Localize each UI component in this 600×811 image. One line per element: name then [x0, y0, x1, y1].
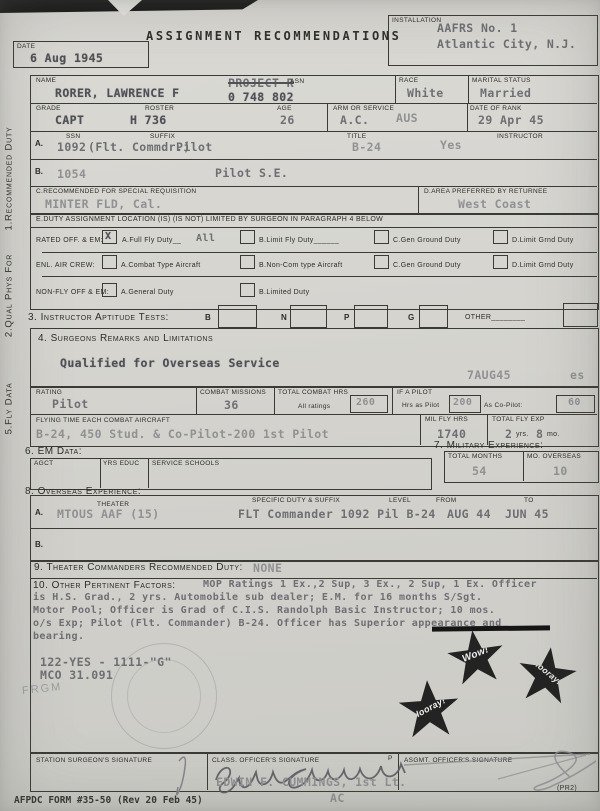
nonfly-label: NON-FLY OFF & EM: [36, 289, 109, 296]
missions-label: COMBAT MISSIONS [200, 389, 266, 396]
mo-overseas-value: 10 [553, 464, 568, 478]
enl-label: ENL. AIR CREW: [36, 262, 95, 269]
surgeon-initials: es [570, 368, 585, 382]
divider [420, 414, 421, 445]
overseas-duty-value: FLT Commander 1092 Pil B-24 [238, 507, 436, 521]
divider [30, 103, 597, 104]
enl-combat-checkbox [102, 255, 117, 269]
factors-line5: bearing. [33, 631, 84, 642]
aptitude-tests-heading: 3. Instructor Aptitude Tests: [28, 312, 169, 323]
age-value: 26 [280, 113, 295, 127]
instructor-label: INSTRUCTOR [497, 133, 543, 140]
test-g-box [419, 305, 448, 328]
row-a-prefix: A. [35, 139, 43, 148]
special-requisition-value: MINTER FLD, Cal. [45, 197, 162, 211]
divider [418, 186, 419, 213]
service-schools-label: SERVICE SCHOOLS [152, 460, 219, 467]
row-a-ssn: 1092 [57, 140, 86, 154]
installation-line2: Atlantic City, N.J. [437, 37, 576, 51]
enl-option-b-label: B.Non-Com type Aircraft [259, 262, 343, 269]
area-preferred-value: West Coast [458, 197, 531, 211]
rated-label: RATED OFF. & EM: [36, 237, 103, 244]
divider [30, 414, 597, 415]
test-p-label: P [344, 313, 349, 322]
enl-noncom-checkbox [240, 255, 255, 269]
missions-value: 36 [224, 398, 239, 412]
test-p-box [354, 305, 388, 328]
from-label: FROM [436, 497, 457, 504]
factors-line1: MOP Ratings 1 Ex.,2 Sup, 3 Ex., 2 Sup, 1… [203, 579, 537, 590]
race-value: White [407, 86, 444, 100]
rating-value: Pilot [52, 397, 89, 411]
rated-gen-ground-checkbox [374, 230, 389, 244]
row-b-duty: Pilot S.E. [215, 166, 288, 180]
marital-label: MARITAL STATUS [472, 77, 531, 84]
class-officer-branch: AC [330, 791, 345, 805]
arm-label: ARM OR SERVICE [333, 105, 394, 112]
grade-value: CAPT [55, 113, 84, 127]
divider [274, 386, 275, 414]
if-pilot-label: IF A PILOT [397, 389, 432, 396]
aircraft-time-value: B-24, 450 Stud. & Co-Pilot-200 1st Pilot [36, 427, 329, 441]
surgeons-remarks-heading: 4. Surgeons Remarks and Limitations [38, 333, 213, 344]
divider [42, 276, 597, 277]
area-preferred-label: D.AREA PREFERRED BY RETURNEE [424, 188, 547, 195]
overseas-to-value: JUN 45 [505, 507, 549, 521]
test-other-box [563, 303, 598, 327]
enl-option-d-label: D.Limit Grnd Duty [512, 262, 574, 269]
date-label: DATE [17, 43, 35, 50]
enl-limit-ground-checkbox [493, 255, 508, 269]
divider [30, 159, 597, 160]
yrs-label: yrs. [516, 431, 529, 438]
divider [30, 186, 597, 187]
rated-option-a-label: A.Full Fly Duty__ [122, 237, 181, 244]
rated-limit-ground-checkbox [493, 230, 508, 244]
factors-code2: MCO 31.091 [40, 668, 113, 682]
form-number: AFPDC FORM #35-50 (Rev 20 Feb 45) [14, 795, 203, 806]
side-label-fly-data: 5.Fly Data [4, 374, 15, 444]
test-b-box [218, 305, 257, 328]
test-n-box [290, 305, 327, 328]
side-label-qual-phys: 2.Qual Phys For [4, 246, 15, 346]
surgeons-remark: Qualified for Overseas Service [60, 356, 280, 370]
scanned-assignment-form: ASSIGNMENT RECOMMENDATIONS DATE 6 Aug 19… [0, 0, 600, 811]
test-b-label: B [205, 313, 211, 322]
aircraft-time-label: FLYING TIME EACH COMBAT AIRCRAFT [36, 417, 170, 424]
all-ratings-value: 260 [356, 397, 375, 408]
copilot-value: 60 [568, 397, 581, 408]
arm-stamp: AUS [396, 111, 418, 125]
suffix-label: SUFFIX [150, 133, 175, 140]
name-value: RORER, LAWRENCE F [55, 86, 180, 100]
all-ratings-label: All ratings [298, 403, 330, 410]
class-officer-typed-name: EDWIN F. CUMMINGS, 1st Lt. [216, 775, 406, 789]
side-label-recommended-duty: 1.Recommended Duty [4, 112, 15, 246]
fly-exp-years: 2 [505, 427, 512, 441]
enl-option-a-label: A.Combat Type Aircraft [121, 262, 201, 269]
divider [30, 528, 597, 529]
military-experience-heading: 7. Military Experience: [434, 440, 543, 451]
row-b-ssn: 1054 [57, 167, 86, 181]
arm-value: A.C. [340, 113, 369, 127]
total-months-value: 54 [472, 464, 487, 478]
divider [392, 386, 393, 414]
roster-label: ROSTER [145, 105, 174, 112]
page-marker: (PR2) [557, 785, 577, 792]
overseas-theater-value: MTOUS AAF (15) [57, 507, 160, 521]
total-months-label: TOTAL MONTHS [448, 453, 502, 460]
overseas-from-value: AUG 44 [447, 507, 491, 521]
ssn-label: SSN [66, 133, 80, 140]
theater-commander-value: NONE [253, 561, 282, 575]
theater-commander-heading: 9. Theater Commanders Recommended Duty: [34, 562, 243, 573]
enl-gen-ground-checkbox [374, 255, 389, 269]
factors-line2: is H.S. Grad., 2 yrs. Automobile sub dea… [33, 592, 482, 603]
hrs-pilot-value: 200 [453, 397, 472, 408]
divider [30, 131, 597, 132]
nonfly-limited-checkbox [240, 283, 255, 297]
mil-fly-hrs-value: 1740 [437, 427, 466, 441]
mo-overseas-label: MO. OVERSEAS [527, 453, 581, 460]
test-other-label: OTHER________ [465, 314, 525, 321]
surgeon-date-stamp: 7AUG45 [467, 368, 511, 382]
nonfly-option-a-label: A.General Duty [121, 289, 174, 296]
hrs-pilot-label: Hrs as Pilot [402, 402, 439, 409]
race-label: RACE [399, 77, 418, 84]
duty-location-header: E.DUTY ASSIGNMENT LOCATION (IS) (IS NOT)… [36, 216, 383, 223]
combat-hrs-label: TOTAL COMBAT HRS [278, 389, 348, 396]
project-r-struck: PROJECT R [228, 76, 294, 90]
rating-label: RATING [36, 389, 62, 396]
divider [467, 103, 468, 131]
divider [100, 458, 101, 488]
mo-label: mo. [547, 431, 560, 438]
name-label: NAME [36, 77, 56, 84]
enl-option-c-label: C.Gen Ground Duty [393, 262, 461, 269]
factors-line3: Motor Pool; Officer is Grad of C.I.S. Ra… [33, 605, 495, 616]
overseas-row-a-prefix: A. [35, 508, 43, 517]
rated-option-a-fill: All [196, 233, 215, 244]
divider [30, 227, 597, 228]
rank-label: DATE OF RANK [470, 105, 522, 112]
special-requisition-label: C.RECOMMENDED FOR SPECIAL REQUISITION [36, 188, 196, 195]
title-label: TITLE [347, 133, 366, 140]
mil-fly-hrs-label: MIL FLY HRS [425, 416, 468, 423]
asn-label: ASN [290, 78, 304, 85]
rated-option-b-label: B.Limit Fly Duty______ [259, 237, 339, 244]
agct-label: AGCT [34, 460, 53, 467]
row-a-instructor: Yes [440, 138, 462, 152]
marital-value: Married [480, 86, 531, 100]
fly-exp-label: TOTAL FLY EXP [492, 416, 545, 423]
specific-duty-label: SPECIFIC DUTY & SUFFIX [252, 497, 340, 504]
test-g-label: G [408, 313, 414, 322]
asn-value: 0 748 802 [228, 90, 294, 104]
faint-round-stamp-inner [127, 659, 201, 733]
row-a-title: B-24 [352, 140, 381, 154]
divider [468, 75, 469, 103]
divider [148, 458, 149, 488]
grade-label: GRADE [36, 105, 61, 112]
nonfly-option-b-label: B.Limited Duty [259, 289, 309, 296]
installation-label: INSTALLATION [392, 17, 441, 24]
asgmt-signature-stroke1 [404, 754, 590, 765]
test-n-label: N [281, 313, 287, 322]
rated-option-c-label: C.Gen Ground Duty [393, 237, 461, 244]
divider [523, 451, 524, 481]
age-label: AGE [277, 105, 292, 112]
roster-value: H 736 [130, 113, 167, 127]
rank-value: 29 Apr 45 [478, 113, 544, 127]
fly-exp-months: 8 [536, 427, 543, 441]
divider [196, 386, 197, 414]
row-a-rating: Pilot [176, 140, 213, 154]
em-data-heading: 6. EM Data: [25, 446, 82, 457]
divider [327, 103, 328, 131]
date-value: 6 Aug 1945 [30, 51, 103, 65]
overseas-row-b-prefix: B. [35, 540, 43, 549]
rated-limit-fly-checkbox [240, 230, 255, 244]
level-label: LEVEL [389, 497, 411, 504]
page-title: ASSIGNMENT RECOMMENDATIONS [146, 29, 401, 43]
divider [395, 75, 396, 103]
station-surgeon-signature [177, 757, 186, 795]
copilot-label: As Co-Pilot: [484, 402, 523, 409]
rated-option-d-label: D.Limit Grnd Duty [512, 237, 574, 244]
yrs-educ-label: YRS EDUC [103, 460, 139, 467]
other-factors-heading: 10. Other Pertinent Factors: [33, 580, 176, 591]
divider [42, 252, 597, 253]
installation-line1: AAFRS No. 1 [437, 21, 518, 35]
to-label: TO [524, 497, 534, 504]
rated-full-fly-mark: X [105, 231, 111, 242]
nonfly-general-checkbox [102, 283, 117, 297]
row-b-prefix: B. [35, 167, 43, 176]
